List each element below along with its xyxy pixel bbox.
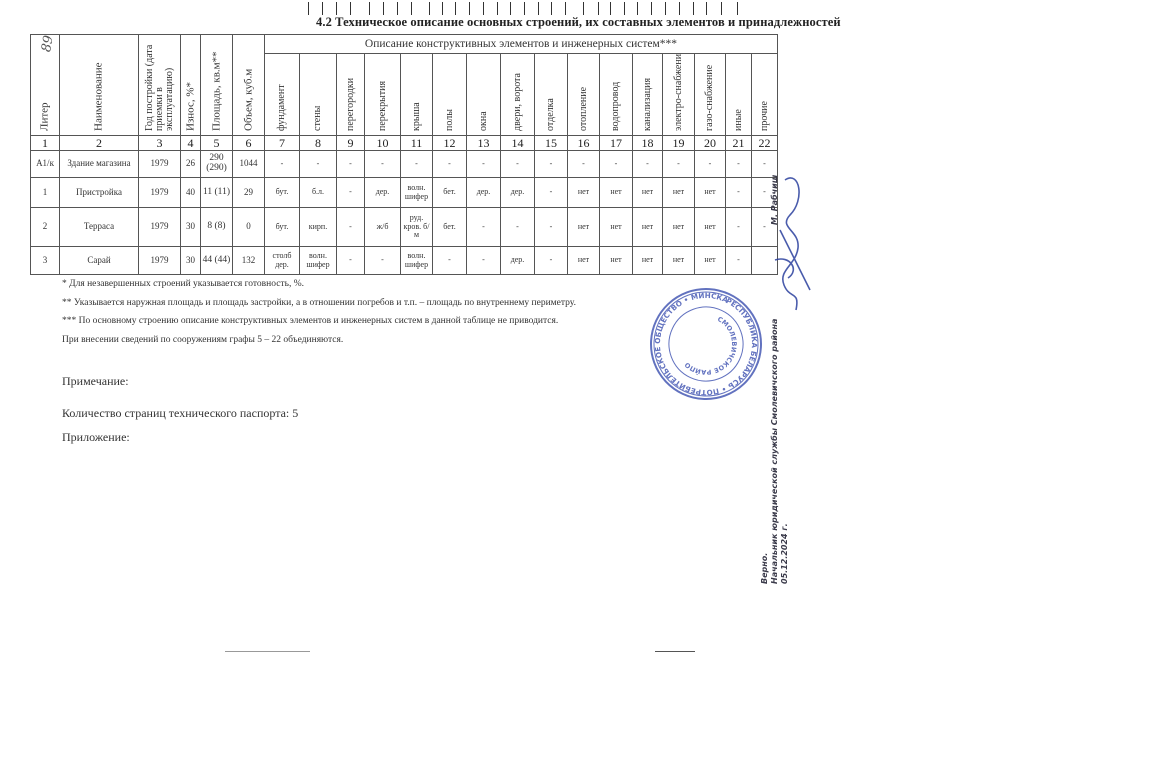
column-number: 16 bbox=[568, 136, 600, 151]
certify-position-text: Начальник юридической службы Смолевичско… bbox=[770, 319, 779, 584]
cell-element: - bbox=[337, 247, 365, 275]
cell-element: - bbox=[726, 247, 752, 275]
cell-element: нет bbox=[633, 247, 663, 275]
tick-mark bbox=[679, 2, 680, 15]
cell-element: - bbox=[726, 178, 752, 208]
header-year-label: Год постройки (дата приемки в эксплуатац… bbox=[145, 39, 175, 131]
cell-element: бут. bbox=[265, 178, 300, 208]
cell-name: Терраса bbox=[60, 208, 139, 247]
scan-artifact bbox=[225, 651, 310, 652]
cell-element: нет bbox=[568, 208, 600, 247]
header-year: Год постройки (дата приемки в эксплуатац… bbox=[139, 35, 181, 136]
cell-element: нет bbox=[633, 208, 663, 247]
footnotes: * Для незавершенных строений указывается… bbox=[62, 279, 576, 353]
subheader-cell: перегородки bbox=[337, 54, 365, 136]
column-number: 7 bbox=[265, 136, 300, 151]
cell-element: - bbox=[501, 151, 535, 178]
cell-element: - bbox=[433, 151, 467, 178]
column-number: 22 bbox=[752, 136, 778, 151]
cell-element: ж/б bbox=[365, 208, 401, 247]
footnote: * Для незавершенных строений указывается… bbox=[62, 279, 576, 298]
header-liter: Литер 89 bbox=[31, 35, 60, 136]
cell-volume: 1044 bbox=[233, 151, 265, 178]
header-wear: Износ, %* bbox=[181, 35, 201, 136]
handwritten-liter-note: 89 bbox=[41, 35, 57, 54]
tick-mark bbox=[483, 2, 484, 15]
subheader-label: отделка bbox=[546, 98, 556, 131]
cell-element: - bbox=[337, 151, 365, 178]
tick-mark bbox=[510, 2, 511, 15]
tick-mark bbox=[551, 2, 552, 15]
cell-element: - bbox=[535, 151, 568, 178]
column-number: 1 bbox=[31, 136, 60, 151]
tick-mark bbox=[624, 2, 625, 15]
cell-element: - bbox=[365, 247, 401, 275]
section-title: 4.2 Техническое описание основных строен… bbox=[316, 15, 841, 30]
header-liter-label: Литер bbox=[40, 102, 51, 131]
cell-area: 8 (8) bbox=[201, 208, 233, 247]
subheader-cell: водопровод bbox=[600, 54, 633, 136]
tick-mark bbox=[308, 2, 309, 15]
cell-element: - bbox=[633, 151, 663, 178]
subheader-cell: окна bbox=[467, 54, 501, 136]
scan-artifact bbox=[655, 651, 695, 652]
cell-element: - bbox=[663, 151, 695, 178]
cell-element: б.л. bbox=[300, 178, 337, 208]
table-row: 3Сарай19793044 (44)132столб дер.волн. ши… bbox=[31, 247, 778, 275]
subheader-label: перекрытия bbox=[378, 81, 388, 131]
cell-element: - bbox=[535, 247, 568, 275]
tick-mark bbox=[383, 2, 384, 15]
cell-element: нет bbox=[663, 208, 695, 247]
cell-area: 44 (44) bbox=[201, 247, 233, 275]
cell-element: - bbox=[467, 151, 501, 178]
tick-mark bbox=[411, 2, 412, 15]
column-number: 9 bbox=[337, 136, 365, 151]
subheader-label: электро-снабжение bbox=[674, 54, 684, 132]
cell-year: 1979 bbox=[139, 247, 181, 275]
appendix-label: Приложение: bbox=[62, 430, 130, 445]
column-number: 19 bbox=[663, 136, 695, 151]
tick-mark bbox=[665, 2, 666, 15]
subheader-cell: двери, ворота bbox=[501, 54, 535, 136]
cell-element: - bbox=[300, 151, 337, 178]
column-number: 17 bbox=[600, 136, 633, 151]
column-number: 21 bbox=[726, 136, 752, 151]
certification-block: Верно. Начальник юридической службы Смол… bbox=[760, 175, 790, 584]
cell-wear: 40 bbox=[181, 178, 201, 208]
cell-element: нет bbox=[633, 178, 663, 208]
column-number: 5 bbox=[201, 136, 233, 151]
cell-element: - bbox=[467, 208, 501, 247]
tick-mark bbox=[565, 2, 566, 15]
stamp-outer-text: РЕСПУБЛИКА БЕЛАРУСЬ • ПОТРЕБИТЕЛЬСКОЕ ОБ… bbox=[648, 286, 764, 402]
column-number: 13 bbox=[467, 136, 501, 151]
tick-mark bbox=[397, 2, 398, 15]
subheader-label: отопление bbox=[579, 87, 589, 131]
cell-area: 290 (290) bbox=[201, 151, 233, 178]
tick-mark bbox=[706, 2, 707, 15]
cell-element: волн. шифер bbox=[300, 247, 337, 275]
tick-mark bbox=[369, 2, 370, 15]
cell-liter: 2 bbox=[31, 208, 60, 247]
cell-element: - bbox=[695, 151, 726, 178]
subheader-label: стены bbox=[313, 106, 323, 131]
cell-element: - bbox=[501, 208, 535, 247]
tick-mark bbox=[442, 2, 443, 15]
tick-mark bbox=[583, 2, 584, 15]
cell-element: - bbox=[726, 151, 752, 178]
tick-mark bbox=[322, 2, 323, 15]
cell-name: Пристройка bbox=[60, 178, 139, 208]
column-number: 6 bbox=[233, 136, 265, 151]
cell-name: Здание магазина bbox=[60, 151, 139, 178]
subheader-label: двери, ворота bbox=[513, 73, 523, 131]
cell-element: - bbox=[726, 208, 752, 247]
subheader-label: канализация bbox=[643, 78, 653, 131]
subheader-cell: канализация bbox=[633, 54, 663, 136]
column-number: 4 bbox=[181, 136, 201, 151]
cell-area: 11 (11) bbox=[201, 178, 233, 208]
cell-element: - bbox=[365, 151, 401, 178]
cell-element: волн. шифер bbox=[401, 247, 433, 275]
cell-element: нет bbox=[600, 208, 633, 247]
subheader-cell: стены bbox=[300, 54, 337, 136]
subheader-cell: прочие bbox=[752, 54, 778, 136]
official-stamp: РЕСПУБЛИКА БЕЛАРУСЬ • ПОТРЕБИТЕЛЬСКОЕ ОБ… bbox=[648, 286, 764, 402]
subheader-label: иные bbox=[734, 109, 744, 131]
cell-element: - bbox=[265, 151, 300, 178]
subheader-label: прочие bbox=[760, 101, 770, 131]
cell-element: нет bbox=[568, 178, 600, 208]
column-number: 12 bbox=[433, 136, 467, 151]
cell-element: бут. bbox=[265, 208, 300, 247]
tick-mark bbox=[721, 2, 722, 15]
cell-element: дер. bbox=[501, 247, 535, 275]
tick-mark bbox=[598, 2, 599, 15]
column-number: 3 bbox=[139, 136, 181, 151]
cell-element: - bbox=[433, 247, 467, 275]
subheader-label: окна bbox=[479, 111, 489, 131]
cell-liter: 1 bbox=[31, 178, 60, 208]
header-name: Наименование bbox=[60, 35, 139, 136]
cell-element: дер. bbox=[501, 178, 535, 208]
column-number: 14 bbox=[501, 136, 535, 151]
subheader-cell: отделка bbox=[535, 54, 568, 136]
cell-element: - bbox=[337, 208, 365, 247]
cell-wear: 30 bbox=[181, 208, 201, 247]
subheader-label: водопровод bbox=[611, 82, 621, 131]
subheader-cell: крыша bbox=[401, 54, 433, 136]
subheader-cell: газо-снабжение bbox=[695, 54, 726, 136]
pages-count-label: Количество страниц технического паспорта… bbox=[62, 406, 298, 421]
subheader-cell: иные bbox=[726, 54, 752, 136]
table-row: 2Терраса1979308 (8)0бут.кирп.-ж/бруд. кр… bbox=[31, 208, 778, 247]
footnote: *** По основному строению описание конст… bbox=[62, 316, 576, 335]
svg-text:РЕСПУБЛИКА БЕЛАРУСЬ • ПОТРЕБИТ: РЕСПУБЛИКА БЕЛАРУСЬ • ПОТРЕБИТЕЛЬСКОЕ ОБ… bbox=[648, 286, 764, 402]
cell-element: волн. шифер bbox=[401, 178, 433, 208]
cell-element: - bbox=[467, 247, 501, 275]
tick-mark bbox=[350, 2, 351, 15]
note-label: Примечание: bbox=[62, 374, 129, 389]
column-number: 8 bbox=[300, 136, 337, 151]
tick-mark bbox=[455, 2, 456, 15]
subheader-label: газо-снабжение bbox=[705, 65, 715, 131]
cell-element: нет bbox=[695, 178, 726, 208]
column-number: 2 bbox=[60, 136, 139, 151]
subheader-label: полы bbox=[445, 109, 455, 131]
tick-mark bbox=[737, 2, 738, 15]
cell-element: дер. bbox=[365, 178, 401, 208]
cell-element: - bbox=[401, 151, 433, 178]
column-number: 10 bbox=[365, 136, 401, 151]
cell-element: - bbox=[337, 178, 365, 208]
cell-year: 1979 bbox=[139, 208, 181, 247]
header-area: Площадь, кв.м** bbox=[201, 35, 233, 136]
subheader-cell: перекрытия bbox=[365, 54, 401, 136]
structures-table: Литер 89 Наименование Год постройки (дат… bbox=[30, 34, 778, 275]
cell-element: - bbox=[568, 151, 600, 178]
column-number: 18 bbox=[633, 136, 663, 151]
header-wear-label: Износ, %* bbox=[185, 82, 196, 131]
header-volume-label: Объем, куб.м bbox=[243, 69, 254, 131]
cell-volume: 132 bbox=[233, 247, 265, 275]
tick-mark bbox=[693, 2, 694, 15]
subheader-label: фундамент bbox=[277, 84, 287, 131]
tick-mark bbox=[538, 2, 539, 15]
cell-element: нет bbox=[695, 247, 726, 275]
cell-wear: 30 bbox=[181, 247, 201, 275]
cell-element: нет bbox=[600, 247, 633, 275]
subheader-label: перегородки bbox=[346, 78, 356, 131]
tick-mark bbox=[651, 2, 652, 15]
scan-tick-marks bbox=[0, 0, 1152, 16]
header-name-label: Наименование bbox=[94, 62, 105, 131]
cell-element: - bbox=[535, 178, 568, 208]
cell-wear: 26 bbox=[181, 151, 201, 178]
cell-volume: 29 bbox=[233, 178, 265, 208]
subheader-cell: полы bbox=[433, 54, 467, 136]
footnote: ** Указывается наружная площадь и площад… bbox=[62, 298, 576, 317]
header-volume: Объем, куб.м bbox=[233, 35, 265, 136]
cell-element: - bbox=[535, 208, 568, 247]
cell-element: столб дер. bbox=[265, 247, 300, 275]
tick-mark bbox=[610, 2, 611, 15]
cell-element: нет bbox=[663, 178, 695, 208]
subheader-label: крыша bbox=[412, 102, 422, 131]
cell-year: 1979 bbox=[139, 151, 181, 178]
cell-volume: 0 bbox=[233, 208, 265, 247]
certify-position: Начальник юридической службы Смолевичско… bbox=[770, 175, 780, 584]
certify-date: 05.12.2024 г. bbox=[780, 175, 790, 584]
cell-element: нет bbox=[663, 247, 695, 275]
table-row: А1/кЗдание магазина197926290 (290)1044--… bbox=[31, 151, 778, 178]
tick-mark bbox=[429, 2, 430, 15]
footnote: При внесении сведений по сооружениям гра… bbox=[62, 335, 576, 354]
cell-element: бет. bbox=[433, 178, 467, 208]
cell-element: дер. bbox=[467, 178, 501, 208]
header-area-label: Площадь, кв.м** bbox=[211, 51, 222, 131]
subheader-cell: отопление bbox=[568, 54, 600, 136]
cell-element: руд. кров. б/м bbox=[401, 208, 433, 247]
tick-mark bbox=[524, 2, 525, 15]
tick-mark bbox=[469, 2, 470, 15]
cell-liter: 3 bbox=[31, 247, 60, 275]
cell-element: нет bbox=[695, 208, 726, 247]
table-row: 1Пристройка19794011 (11)29бут.б.л.-дер.в… bbox=[31, 178, 778, 208]
cell-element: кирп. bbox=[300, 208, 337, 247]
cell-name: Сарай bbox=[60, 247, 139, 275]
cell-liter: А1/к bbox=[31, 151, 60, 178]
column-number: 11 bbox=[401, 136, 433, 151]
column-number-row: 12345678910111213141516171819202122 bbox=[31, 136, 778, 151]
tick-mark bbox=[336, 2, 337, 15]
cell-element: - bbox=[600, 151, 633, 178]
subheader-cell: фундамент bbox=[265, 54, 300, 136]
cell-element: бет. bbox=[433, 208, 467, 247]
cell-element: нет bbox=[600, 178, 633, 208]
column-number: 15 bbox=[535, 136, 568, 151]
certify-label: Верно. bbox=[760, 175, 770, 584]
header-group: Описание конструктивных элементов и инже… bbox=[265, 35, 778, 54]
cell-element: нет bbox=[568, 247, 600, 275]
certify-signer: М. Рабчиш bbox=[770, 175, 779, 225]
subheader-cell: электро-снабжение bbox=[663, 54, 695, 136]
tick-mark bbox=[497, 2, 498, 15]
cell-year: 1979 bbox=[139, 178, 181, 208]
column-number: 20 bbox=[695, 136, 726, 151]
tick-mark bbox=[637, 2, 638, 15]
